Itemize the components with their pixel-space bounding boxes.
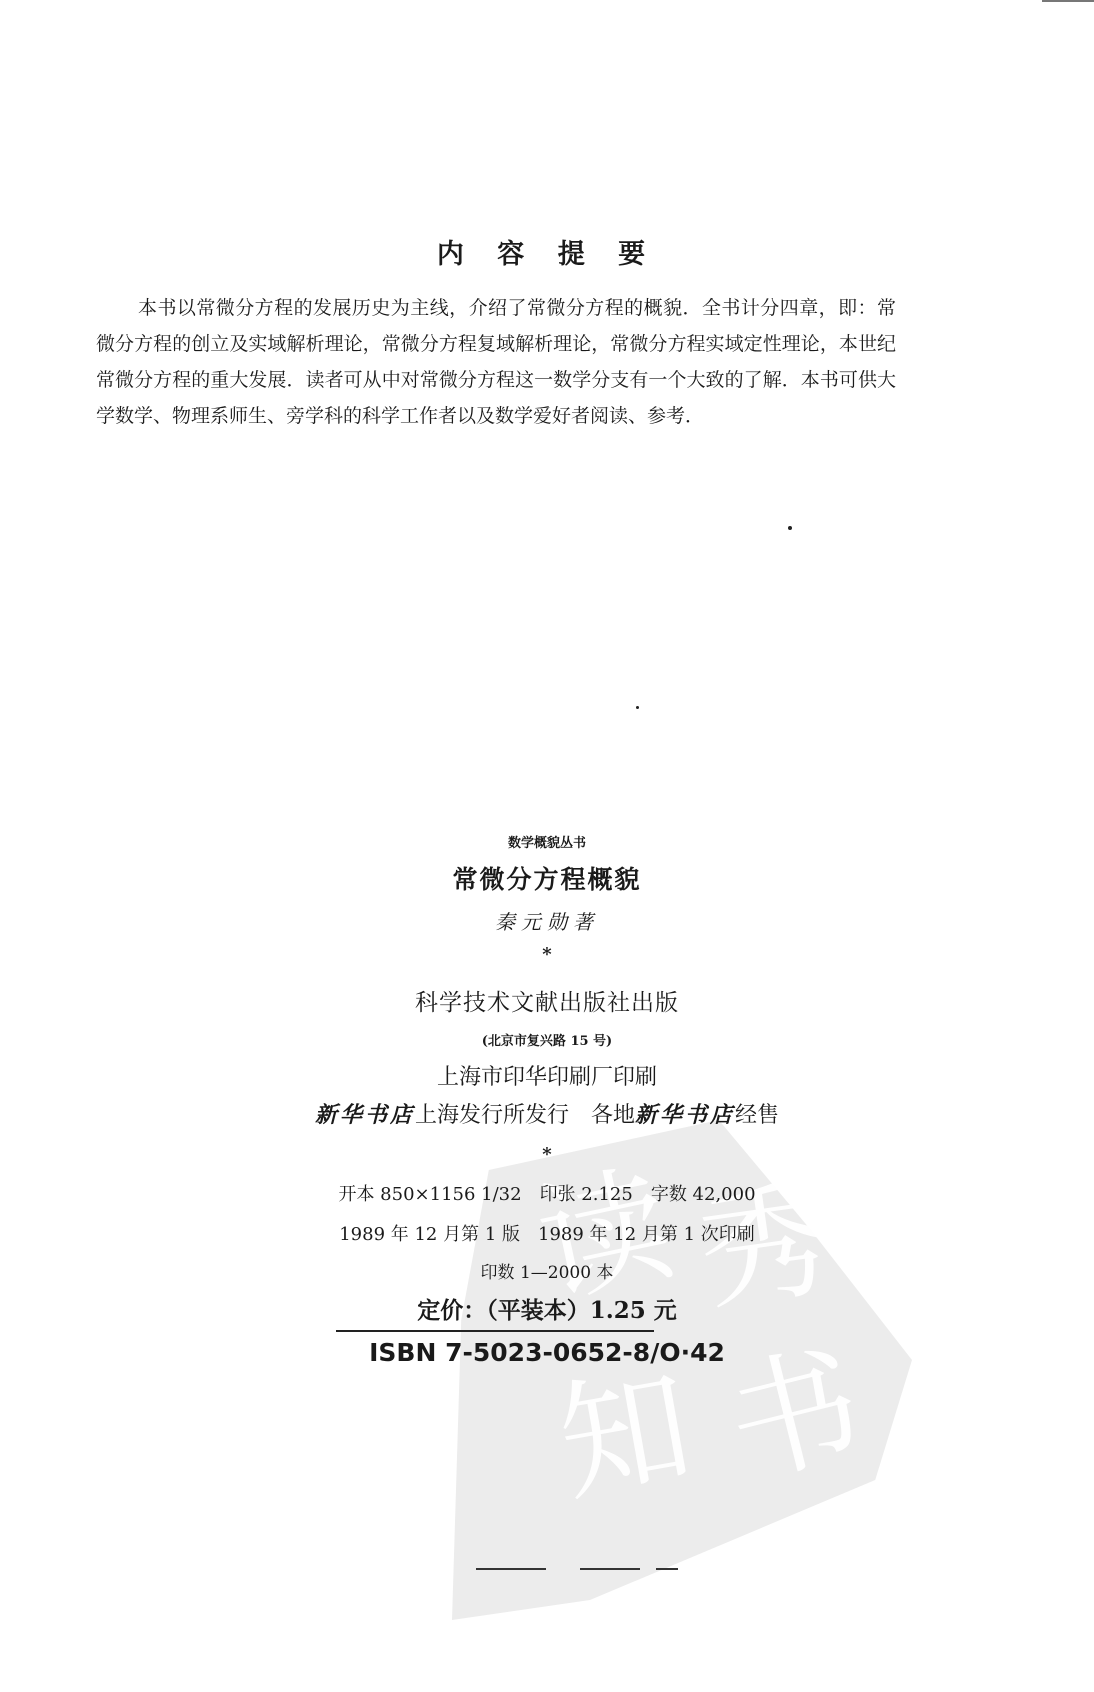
separator-asterisk: *: [0, 1144, 1094, 1165]
isbn: ISBN 7-5023-0652-8/O·42: [0, 1338, 1094, 1367]
distributor-brand: 新华书店: [635, 1102, 735, 1128]
abstract-body: 本书以常微分方程的发展历史为主线，介绍了常微分方程的概貌．全书计分四章，即：常微…: [96, 290, 896, 434]
price-underline: [336, 1330, 654, 1332]
scan-artifact-line: [580, 1568, 640, 1570]
distributor-text-end: 经售: [735, 1103, 779, 1128]
book-title: 常微分方程概貌: [0, 860, 1094, 896]
format-specs: 开本 850×1156 1/32 印张 2.125 字数 42,000: [0, 1180, 1094, 1206]
scan-speck: [788, 526, 792, 530]
publisher: 科学技术文献出版社出版: [0, 984, 1094, 1017]
series-name: 数学概貌丛书: [0, 832, 1094, 851]
watermark-glyph: 知: [550, 1360, 701, 1511]
scan-artifact-line: [476, 1568, 546, 1570]
distributor-text: 上海发行所发行 各地: [415, 1103, 635, 1128]
distributor: 新华书店上海发行所发行 各地新华书店经售: [0, 1098, 1094, 1129]
separator-asterisk: *: [0, 944, 1094, 965]
scan-edge-mark: [1042, 0, 1094, 2]
price: 定价：（平装本）1.25 元: [0, 1292, 1094, 1325]
abstract-title: 内 容 提 要: [0, 232, 1094, 271]
distributor-brand: 新华书店: [315, 1102, 415, 1128]
publisher-address: (北京市复兴路 15 号): [0, 1030, 1094, 1049]
printer: 上海市印华印刷厂印刷: [0, 1060, 1094, 1091]
edition-info: 1989 年 12 月第 1 版 1989 年 12 月第 1 次印刷: [0, 1220, 1094, 1246]
scan-artifact-line: [656, 1568, 678, 1570]
scan-speck: [636, 706, 639, 709]
print-run: 印数 1—2000 本: [0, 1258, 1094, 1283]
author: 秦元勋著: [0, 906, 1094, 935]
